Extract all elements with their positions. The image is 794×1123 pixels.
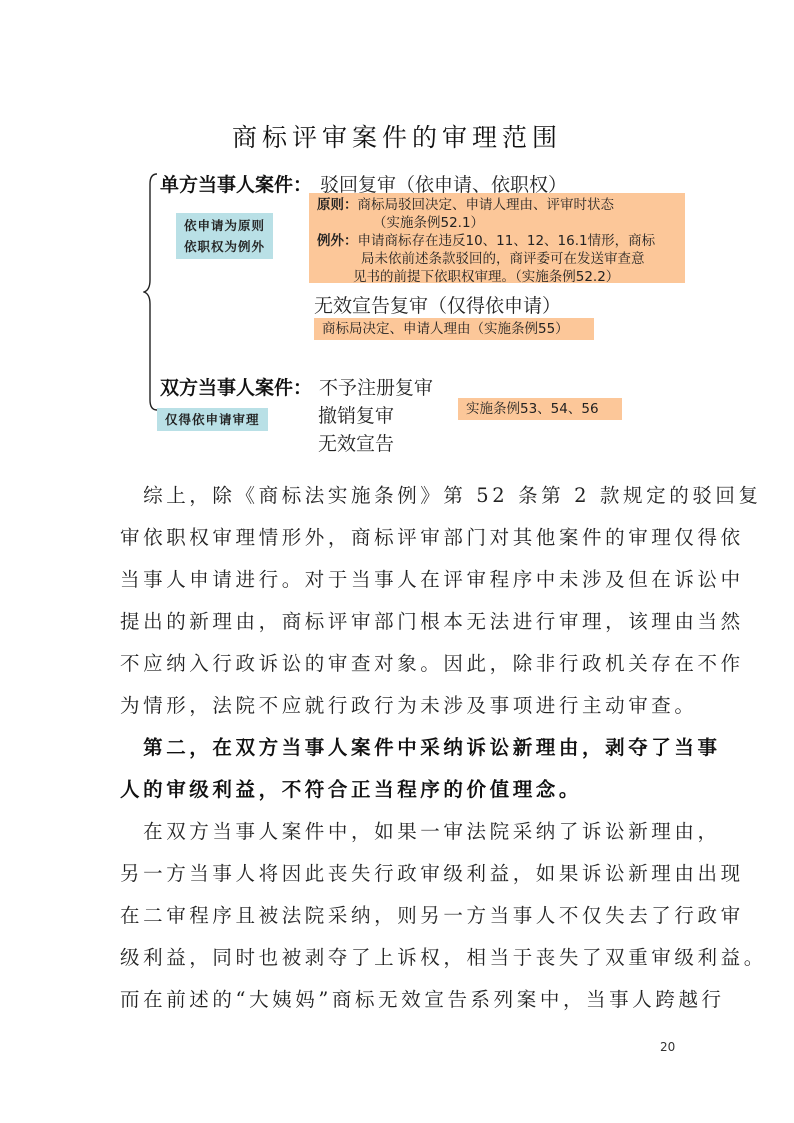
paragraph-line: 在二审程序且被法院采纳，则另一方当事人不仅失去了行政审	[120, 900, 744, 928]
body-text: 综上，除《商标法实施条例》第 52 条第 2 款规定的驳回复 审依职权审理情形外…	[120, 0, 680, 1123]
section-heading-line: 第二，在双方当事人案件中采纳诉讼新理由，剥夺了当事	[120, 732, 721, 760]
paragraph-line: 当事人申请进行。对于当事人在评审程序中未涉及但在诉讼中	[120, 564, 744, 592]
section-heading-line: 人的审级利益，不符合正当程序的价值理念。	[120, 774, 582, 802]
paragraph-line: 为情形，法院不应就行政行为未涉及事项进行主动审查。	[120, 690, 698, 718]
paragraph-line: 在双方当事人案件中，如果一审法院采纳了诉讼新理由，	[120, 816, 721, 844]
paragraph-line: 不应纳入行政诉讼的审查对象。因此，除非行政机关存在不作	[120, 648, 744, 676]
paragraph-line: 另一方当事人将因此丧失行政审级利益，如果诉讼新理由出现	[120, 858, 744, 886]
page-number: 20	[660, 1040, 675, 1054]
paragraph-line: 级利益，同时也被剥夺了上诉权，相当于丧失了双重审级利益。	[120, 942, 767, 970]
paragraph-line: 而在前述的“大姨妈”商标无效宣告系列案中，当事人跨越行	[120, 984, 725, 1012]
paragraph-line: 综上，除《商标法实施条例》第 52 条第 2 款规定的驳回复	[120, 480, 762, 508]
paragraph-line: 提出的新理由，商标评审部门根本无法进行审理，该理由当然	[120, 606, 744, 634]
paragraph-line: 审依职权审理情形外，商标评审部门对其他案件的审理仅得依	[120, 522, 744, 550]
